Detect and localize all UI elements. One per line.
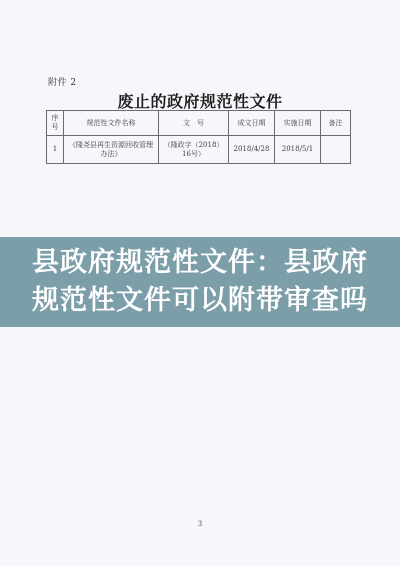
headline-banner: 县政府规范性文件：县政府 规范性文件可以附带审查吗 <box>0 237 400 327</box>
header-effective-date: 实施日期 <box>275 111 321 136</box>
document-title: 废止的政府规范性文件 <box>0 89 400 112</box>
header-document-name: 规范性文件名称 <box>64 111 159 136</box>
header-serial-no: 序号 <box>47 111 64 136</box>
header-note: 备注 <box>321 111 351 136</box>
cell-serial-no: 1 <box>47 136 64 164</box>
header-document-number: 文 号 <box>159 111 229 136</box>
attachment-label: 附件 2 <box>48 75 77 88</box>
page-number: 3 <box>0 520 400 528</box>
header-issue-date: 成文日期 <box>229 111 275 136</box>
headline-line-2: 规范性文件可以附带审查吗 <box>32 282 368 320</box>
headline-line-1: 县政府规范性文件：县政府 <box>32 244 368 282</box>
cell-document-name: 《隆尧县再生资源回收管理办法》 <box>64 136 159 164</box>
cell-note <box>321 136 351 164</box>
cell-document-number: （隆政字（2018）16号） <box>159 136 229 164</box>
cell-issue-date: 2018/4/28 <box>229 136 275 164</box>
table-header-row: 序号 规范性文件名称 文 号 成文日期 实施日期 备注 <box>47 111 351 136</box>
cell-effective-date: 2018/5/1 <box>275 136 321 164</box>
document-page: 附件 2 废止的政府规范性文件 序号 规范性文件名称 文 号 成文日期 实施日期… <box>0 0 400 566</box>
table-row: 1 《隆尧县再生资源回收管理办法》 （隆政字（2018）16号） 2018/4/… <box>47 136 351 164</box>
repealed-documents-table: 序号 规范性文件名称 文 号 成文日期 实施日期 备注 1 《隆尧县再生资源回收… <box>46 110 351 164</box>
